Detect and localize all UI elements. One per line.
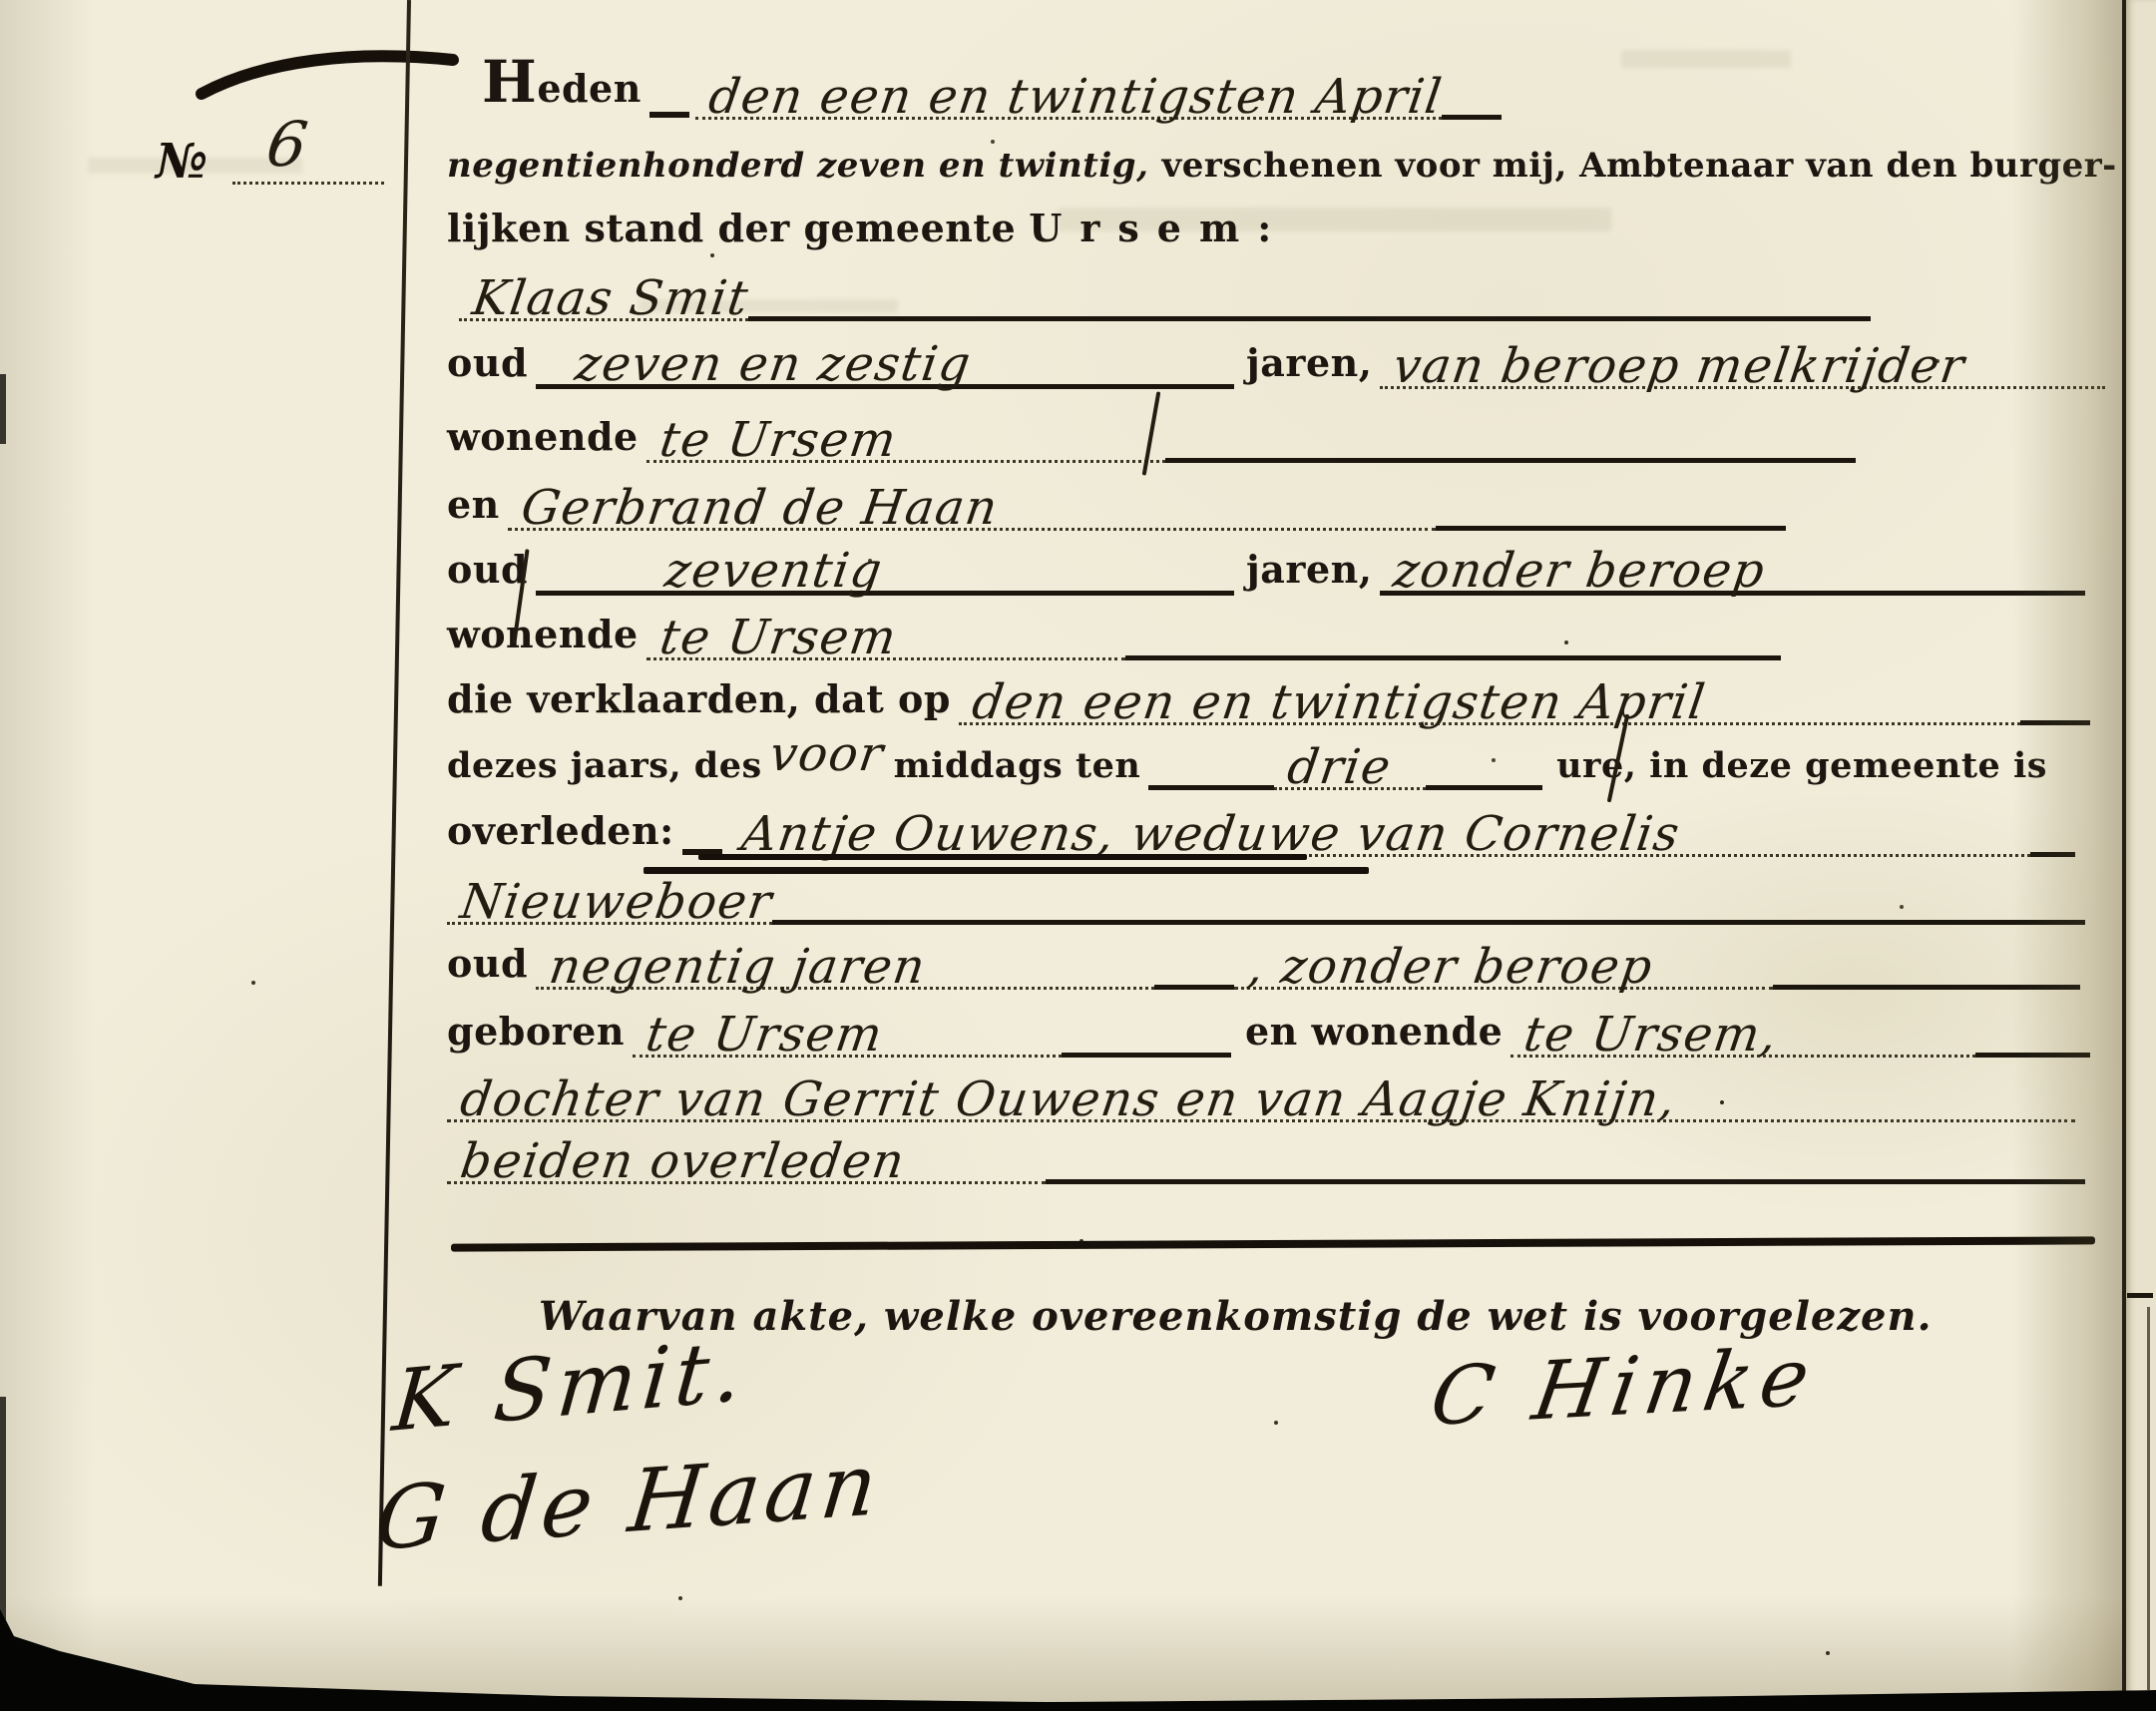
act-number-label: № (156, 134, 208, 190)
declarant1-occupation-handwritten: van beroep melkrijder (1377, 338, 1969, 394)
paper-specks (0, 0, 4, 4)
ruled-line (1442, 115, 1502, 120)
wonende-label: wonende (447, 414, 647, 463)
signature-registrar: C Hinke (1425, 1330, 1824, 1444)
gemeente-name: Ursem: (1029, 206, 1297, 254)
act-number-dotted-line (232, 150, 384, 185)
date-handwritten: den een en twintigsten April (691, 69, 1446, 125)
deceased-name2-handwritten: Nieuweboer (443, 874, 776, 930)
en-label: en (447, 482, 508, 531)
appeared-printed: verschenen voor mij, Ambtenaar van den b… (1162, 146, 2125, 190)
declarant2-name-row: en Gerbrand de Haan (447, 465, 1786, 531)
daypart-handwritten: voor (766, 726, 888, 782)
page-edge-mark (0, 374, 6, 444)
declarant1-age-handwritten: zeven en zestig (532, 336, 975, 392)
death-date-row: die verklaarden, dat op den een en twint… (447, 659, 2090, 725)
deceased-age-handwritten: negentig jaren (532, 939, 930, 995)
declarant2-occupation-handwritten: zonder beroep (1377, 543, 1770, 599)
wonende-label: wonende (447, 612, 647, 660)
parents-status-handwritten: beiden overleden (443, 1133, 909, 1189)
date-line-row: Heden den een en twintigsten April (482, 54, 1502, 120)
ruled-line (1165, 458, 1856, 463)
declarant2-age-row: oud zeventig jaren, zonder beroep (447, 530, 2085, 596)
declarant1-residence-handwritten: te Ursem (643, 412, 901, 468)
middags-label: middags ten (884, 745, 1149, 790)
age-blank: zeventig (536, 543, 1234, 596)
stand-printed: lijken stand der gemeente (447, 206, 1024, 254)
year-printed-italic: negentienhonderd zeven en twintig, (447, 146, 1156, 190)
declarant2-residence-row: wonende te Ursem (447, 595, 1781, 660)
separator-rule (451, 1236, 2095, 1251)
name-blank: Klaas Smit (459, 270, 748, 321)
binding-shadow (2013, 0, 2123, 1711)
margin-rule (378, 0, 411, 1586)
declarant2-residence-handwritten: te Ursem (643, 610, 901, 665)
occupation-blank: zonder beroep (1380, 543, 2085, 596)
name-blank: Gerbrand de Haan (508, 480, 1436, 531)
dezes-label: dezes jaars, des (447, 745, 770, 790)
signature-declarant2: G de Haan (371, 1435, 887, 1570)
oud-label: oud (447, 941, 536, 990)
deceased-occupation-handwritten: , zonder beroep (1230, 939, 1656, 995)
declarant1-age-row: oud zeven en zestig jaren, van beroep me… (447, 323, 2105, 389)
ink-flourish (196, 42, 460, 106)
page-bottom-shadow (0, 1596, 2156, 1706)
edge-mark (2127, 1293, 2153, 1298)
signature-declarant1: K Smit. (389, 1321, 751, 1451)
date-blank: den een en twintigsten April (695, 69, 1442, 120)
ruled-line (748, 316, 1871, 321)
deceased-residence-handwritten: te Ursem, (1507, 1007, 1782, 1063)
status-blank: beiden overleden (447, 1133, 1046, 1184)
residence-blank: te Ursem, (1510, 1007, 1975, 1058)
death-hour-row: dezes jaars, des voor middags ten drie u… (447, 724, 2055, 790)
declarant1-name-handwritten: Klaas Smit (455, 270, 752, 326)
declarant2-name-handwritten: Gerbrand de Haan (504, 480, 1002, 536)
adjacent-page-strip (2126, 0, 2156, 1711)
ink-bleedthrough (1621, 50, 1791, 68)
deceased-name2-row: Nieuweboer (447, 859, 2085, 925)
ruled-line (1148, 785, 1274, 790)
residence-blank: te Ursem (647, 610, 1125, 660)
deceased-origin-row: geboren te Ursem en wonende te Ursem, (447, 992, 2090, 1058)
jaren-label: jaren, (1234, 340, 1380, 389)
ruled-line (1046, 1179, 2085, 1184)
ruled-line (1154, 985, 1234, 990)
deceased-name-row: overleden: Antje Ouwens, weduwe van Corn… (447, 791, 2075, 857)
death-date-blank: den een en twintigsten April (959, 674, 2020, 725)
pen-dash (649, 112, 689, 118)
declarant2-age-handwritten: zeventig (532, 543, 886, 599)
parents-blank: dochter van Gerrit Ouwens en van Aagje K… (447, 1071, 2075, 1122)
residence-blank: te Ursem (647, 412, 1165, 463)
hour-blank: drie (1274, 739, 1425, 790)
occupation-blank: van beroep melkrijder (1380, 338, 2105, 389)
overleden-label: overleden: (447, 808, 682, 857)
edge-crease (2147, 1307, 2150, 1706)
parents-status-row: beiden overleden (447, 1118, 2085, 1184)
certificate-page: № 6 Heden den een en twintigsten April n… (0, 0, 2156, 1711)
heden-label: Heden (482, 48, 649, 120)
declarant1-name-row: Klaas Smit (459, 255, 1871, 321)
hour-handwritten: drie (1270, 739, 1395, 795)
birthplace-handwritten: te Ursem (629, 1007, 887, 1063)
name-blank: Nieuweboer (447, 874, 772, 925)
birthplace-blank: te Ursem (633, 1007, 1062, 1058)
oud-label: oud (447, 340, 536, 389)
geboren-label: geboren (447, 1009, 633, 1058)
parents-row: dochter van Gerrit Ouwens en van Aagje K… (447, 1057, 2075, 1122)
age-blank: negentig jaren (536, 939, 1154, 990)
ruled-line (1426, 785, 1543, 790)
occupation-blank: , zonder beroep (1234, 939, 1773, 990)
scanned-document: № 6 Heden den een en twintigsten April n… (0, 0, 2156, 1711)
deceased-age-row: oud negentig jaren , zonder beroep (447, 924, 2080, 990)
en-wonende-label: en wonende (1231, 1009, 1510, 1058)
deceased-name-blank: Antje Ouwens, weduwe van Cornelis (728, 806, 2030, 857)
gemeente-line: lijken stand der gemeente Ursem: (447, 206, 1297, 250)
jaren-label: jaren, (1234, 547, 1380, 596)
year-line: negentienhonderd zeven en twintig, versc… (447, 146, 2125, 186)
age-blank: zeven en zestig (536, 336, 1234, 389)
death-date-handwritten: den een en twintigsten April (955, 674, 1709, 730)
declared-label: die verklaarden, dat op (447, 676, 959, 725)
